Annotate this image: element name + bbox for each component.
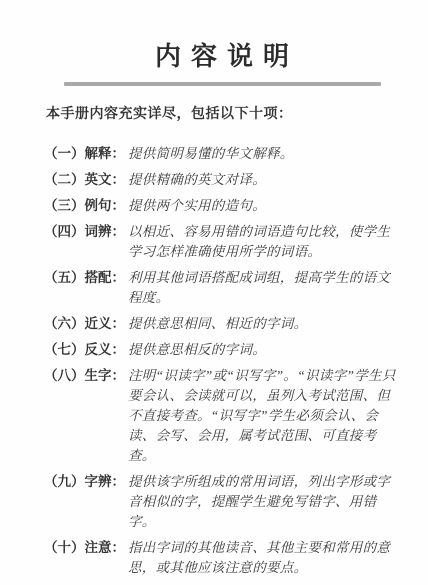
item-text: 指出字词的其他读音、其他主要和常用的意思，或其他应该注意的要点。 <box>128 538 400 578</box>
item-label: （六）近义： <box>44 314 128 334</box>
item-text: 提供该字所组成的常用词语，列出字形或字音相似的字，提醒学生避免写错字、用错字。 <box>128 472 400 532</box>
item-list: （一）解释： 提供简明易懂的华文解释。 （二）英文： 提供精确的英文对译。 （三… <box>44 144 400 578</box>
item-label: （四）词辨： <box>44 222 128 242</box>
item-label: （七）反义： <box>44 340 128 360</box>
list-item: （一）解释： 提供简明易懂的华文解释。 <box>44 144 400 164</box>
page-title: 内容说明 <box>44 40 400 73</box>
list-item: （五）搭配： 利用其他词语搭配成词组，提高学生的语文程度。 <box>44 268 400 308</box>
list-item: （三）例句： 提供两个实用的造句。 <box>44 196 400 216</box>
item-label: （十）注意： <box>44 538 128 558</box>
list-item: （四）词辨： 以相近、容易用错的词语造句比较，使学生学习怎样准确使用所学的词语。 <box>44 222 400 262</box>
item-text: 提供简明易懂的华文解释。 <box>128 144 400 164</box>
item-text: 提供精确的英文对译。 <box>128 170 400 190</box>
list-item: （六）近义： 提供意思相同、相近的字词。 <box>44 314 400 334</box>
list-item: （九）字辨： 提供该字所组成的常用词语，列出字形或字音相似的字，提醒学生避免写错… <box>44 472 400 532</box>
item-text: 利用其他词语搭配成词组，提高学生的语文程度。 <box>128 268 400 308</box>
divider-rule <box>64 82 381 86</box>
item-text: 提供意思相同、相近的字词。 <box>128 314 400 334</box>
item-text: 提供两个实用的造句。 <box>128 196 400 216</box>
book-page: 内容说明 本手册内容充实详尽，包括以下十项： （一）解释： 提供简明易懂的华文解… <box>0 0 428 585</box>
item-text: 注明“识读字”或“识写字”。“识读字”学生只要会认、会读就可以，虽列入考试范围、… <box>128 366 400 466</box>
item-label: （五）搭配： <box>44 268 128 288</box>
list-item: （十）注意： 指出字词的其他读音、其他主要和常用的意思，或其他应该注意的要点。 <box>44 538 400 578</box>
item-label: （三）例句： <box>44 196 128 216</box>
item-label: （八）生字： <box>44 366 128 386</box>
item-text: 以相近、容易用错的词语造句比较，使学生学习怎样准确使用所学的词语。 <box>128 222 400 262</box>
item-label: （一）解释： <box>44 144 128 164</box>
intro-text: 本手册内容充实详尽，包括以下十项： <box>46 103 400 123</box>
item-text: 提供意思相反的字词。 <box>128 340 400 360</box>
item-label: （九）字辨： <box>44 472 128 492</box>
item-label: （二）英文： <box>44 170 128 190</box>
list-item: （七）反义： 提供意思相反的字词。 <box>44 340 400 360</box>
list-item: （二）英文： 提供精确的英文对译。 <box>44 170 400 190</box>
list-item: （八）生字： 注明“识读字”或“识写字”。“识读字”学生只要会认、会读就可以，虽… <box>44 366 400 466</box>
